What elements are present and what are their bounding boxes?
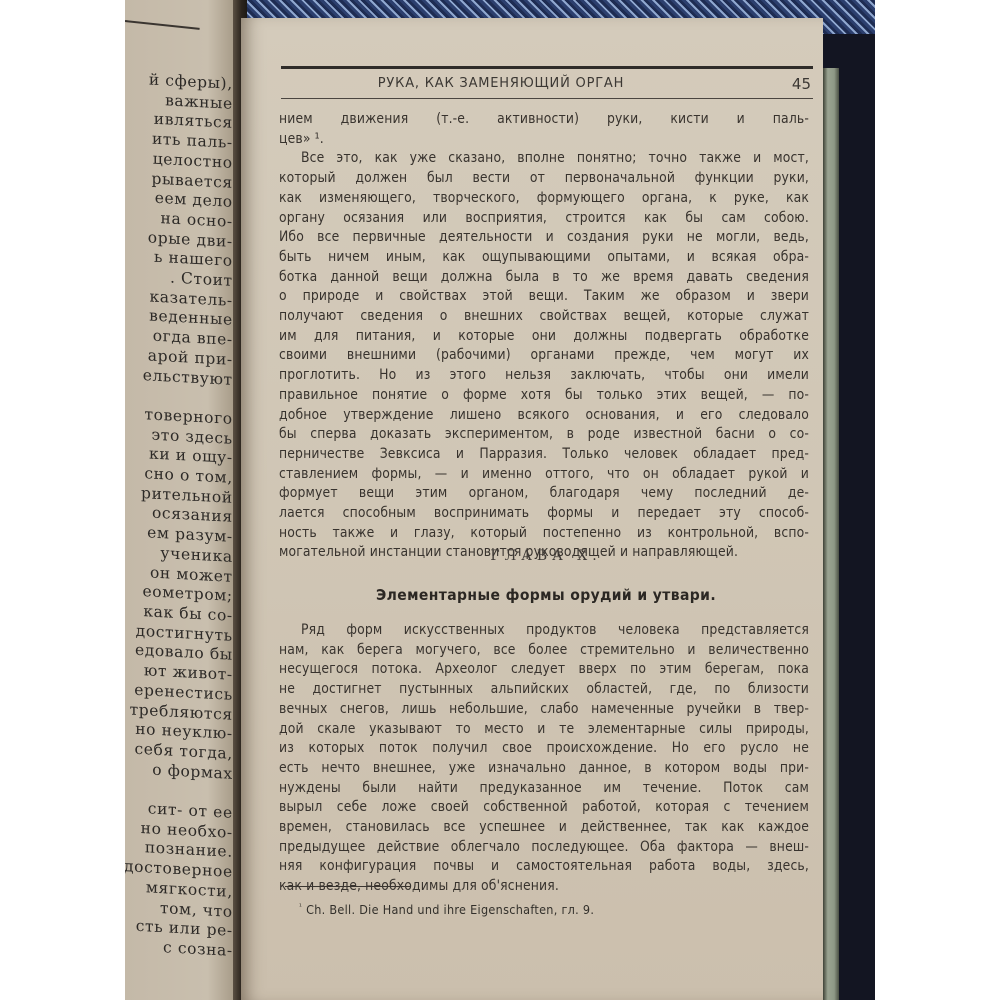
text-line: времен, становилась все успешнее и дейст…	[279, 818, 809, 838]
left-page-header-rule	[125, 20, 200, 30]
book-photo: й сферы),важныеивлятьсяить паль-целостно…	[125, 0, 875, 1000]
text-line: не достигнет пустынных альпийских област…	[279, 680, 809, 700]
text-line: нам, как берега могучего, все более стре…	[279, 641, 809, 661]
text-line: перничестве Зевксиса и Парразия. Только …	[279, 445, 809, 465]
footnote-marker: ¹	[299, 902, 302, 911]
text-line: несущегося потока. Археолог следует ввер…	[279, 660, 809, 680]
paragraph-chapter-opening: Ряд форм искусственных продуктов человек…	[279, 621, 809, 897]
left-page-text-fragments: й сферы),важныеивлятьсяить паль-целостно…	[125, 72, 233, 959]
footnote-rule	[285, 886, 410, 887]
text-line: ность также и глазу, который постепенно …	[279, 524, 809, 544]
text-line: цев» ¹.	[279, 130, 809, 150]
chapter-label: ГЛАВА X.	[281, 548, 811, 564]
text-line: няя конфигурация почвы и самостоятельная…	[279, 857, 809, 877]
text-line: нуждены были найти предуказанное им тече…	[279, 779, 809, 799]
book-spine-edge	[823, 68, 839, 1000]
text-line: Ибо все первичные деятельности и создани…	[279, 228, 809, 248]
text-line: предыдущее действие облегчало последующе…	[279, 838, 809, 858]
text-line: своими внешними (рабочими) органами преж…	[279, 346, 809, 366]
text-line: о природе и свойствах этой вещи. Таким ж…	[279, 287, 809, 307]
text-line: правильное понятие о форме хотя бы тольк…	[279, 386, 809, 406]
text-line: вечных снегов, лишь небольшие, слабо нам…	[279, 700, 809, 720]
text-line: нием движения (т.-е. активности) руки, к…	[279, 110, 809, 130]
text-line: как изменяющего, творческого, формующего…	[279, 189, 809, 209]
text-line: получают сведения о внешних свойствах ве…	[279, 307, 809, 327]
text-line: который должен был вести от первоначальн…	[279, 169, 809, 189]
right-page: РУКА, КАК ЗАМЕНЯЮЩИЙ ОРГАН 45 нием движе…	[241, 18, 823, 1000]
paragraph-hand-as-organ: Все это, как уже сказано, вполне понятно…	[279, 149, 809, 563]
chapter-title: Элементарные формы орудий и утвари.	[281, 586, 811, 604]
body-text-chapter: Ряд форм искусственных продуктов человек…	[279, 621, 809, 897]
text-line: из которых поток получил свое происхожде…	[279, 739, 809, 759]
footnote: ¹ Ch. Bell. Die Hand und ihre Eigenschaf…	[299, 902, 594, 917]
footnote-text: Ch. Bell. Die Hand und ihre Eigenschafte…	[306, 902, 594, 917]
text-line: дой скале указывают то место и те элемен…	[279, 720, 809, 740]
text-line: добное утверждение лишено всякого основа…	[279, 406, 809, 426]
text-line: проглотить. Но из этого нельзя заключать…	[279, 366, 809, 386]
text-line: вырыл себе ложе своей собственной работо…	[279, 798, 809, 818]
header-rule-bottom	[281, 98, 813, 99]
text-line: бы сперва доказать экспериментом, в роде…	[279, 425, 809, 445]
text-line: лается способным воспринимать формы и пе…	[279, 504, 809, 524]
text-line: быть ничем иным, как ощупывающими опытам…	[279, 248, 809, 268]
text-line: ставлением формы, — и именно оттого, что…	[279, 465, 809, 485]
text-line: Ряд форм искусственных продуктов человек…	[279, 621, 809, 641]
text-line: им для питания, и которые они должны под…	[279, 327, 809, 347]
text-line: органу осязания или восприятия, строится…	[279, 209, 809, 229]
text-line: ботка данной вещи должна была в то же вр…	[279, 268, 809, 288]
text-line: есть нечто внешнее, уже изначально данно…	[279, 759, 809, 779]
text-line: Все это, как уже сказано, вполне понятно…	[279, 149, 809, 169]
body-text-top: нием движения (т.-е. активности) руки, к…	[279, 110, 809, 563]
text-line: формует вещи этим органом, благодаря чем…	[279, 484, 809, 504]
page-number: 45	[761, 75, 811, 93]
left-page: й сферы),важныеивлятьсяить паль-целостно…	[125, 0, 243, 1000]
running-header: РУКА, КАК ЗАМЕНЯЮЩИЙ ОРГАН	[281, 76, 721, 91]
paragraph-continuation: нием движения (т.-е. активности) руки, к…	[279, 110, 809, 149]
header-rule-top	[281, 66, 813, 69]
